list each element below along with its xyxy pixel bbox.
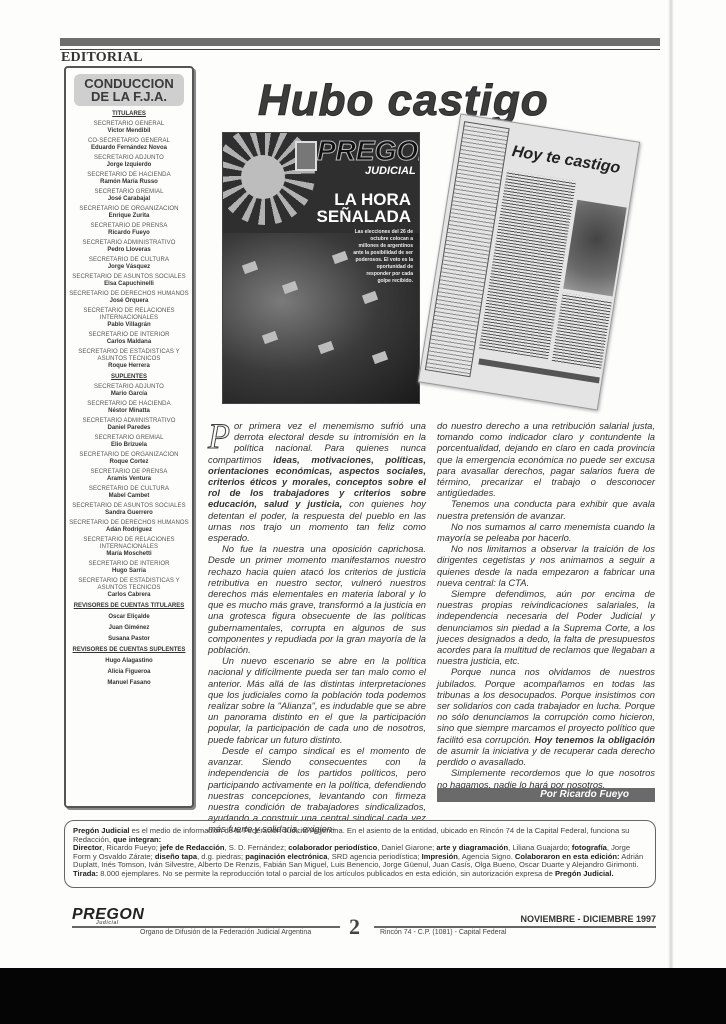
cover-image: PREGON JUDICIAL LA HORA SEÑALADA Las ele… — [222, 132, 420, 404]
roster-name: Ramón María Russo — [66, 179, 192, 186]
leadership-sidebar: CONDUCCION DE LA F.J.A. TITULARESSECRETA… — [64, 66, 194, 808]
roster-role: SECRETARIO ADJUNTO — [66, 155, 192, 162]
roster-role: SECRETARIO DE HACIENDA — [66, 401, 192, 408]
sidebar-roster: TITULARESSECRETARIO GENERALVictor Mendib… — [66, 110, 192, 687]
roster-name: Jorge Izquierdo — [66, 162, 192, 169]
roster-name: Oscar Eliçalde — [66, 614, 192, 621]
article-paragraph: Simplemente recordemos que lo que nosotr… — [437, 767, 655, 789]
roster-name: Mabel Cambet — [66, 493, 192, 500]
roster-name: Alicia Figueroa — [66, 669, 192, 676]
roster-name: José Carabajal — [66, 196, 192, 203]
text-run: No fue la nuestra una oposición capricho… — [208, 543, 426, 655]
roster-name: Elsa Capuchinelli — [66, 281, 192, 288]
roster-name: Jorge Vásquez — [66, 264, 192, 271]
article-paragraph: do nuestro derecho a una retribución sal… — [437, 420, 655, 498]
roster-name: Manuel Fasano — [66, 680, 192, 687]
roster-name: Daniel Paredes — [66, 425, 192, 432]
roster-role: SECRETARIO DE ASUNTOS SOCIALES — [66, 274, 192, 281]
roster-heading: SUPLENTES — [66, 373, 192, 381]
article-paragraph: Siempre defendimos, aún por encima de nu… — [437, 588, 655, 666]
roster-role: SECRETARIO DE INTERIOR — [66, 561, 192, 568]
sun-face-icon — [241, 155, 285, 199]
clipping-text-2 — [552, 293, 612, 370]
sidebar-title: CONDUCCION DE LA F.J.A. — [74, 74, 184, 106]
credits-box: Pregón Judicial es el medio de informaci… — [64, 820, 656, 888]
page-number: 2 — [349, 914, 360, 940]
drop-cap: P — [208, 420, 230, 451]
roster-name: Ricardo Fueyo — [66, 230, 192, 237]
roster-role: SECRETARIO ADMINISTRATIVO — [66, 240, 192, 247]
header-bar — [60, 38, 660, 46]
cover-title: LA HORA SEÑALADA — [317, 191, 411, 225]
article-paragraph: No fue la nuestra una oposición capricho… — [208, 543, 426, 655]
roster-name: María Moschetti — [66, 551, 192, 558]
footer-address: Rincón 74 - C.P. (1081) - Capital Federa… — [380, 929, 506, 936]
roster-role: SECRETARIO DE ESTADISTICAS Y ASUNTOS TEC… — [66, 349, 192, 363]
article-paragraph: Porque nunca nos olvidamos de nuestros j… — [437, 666, 655, 767]
article-column-1: Por primera vez el menemismo sufrió una … — [208, 420, 426, 835]
roster-role: SECRETARIO DE CULTURA — [66, 486, 192, 493]
cover-brand: PREGON — [317, 135, 420, 167]
roster-name: Roque Cortez — [66, 459, 192, 466]
cover-title-line2: SEÑALADA — [317, 208, 411, 225]
headline: Hubo castigo — [258, 76, 549, 126]
footer-rule-right — [374, 926, 656, 928]
roster-role: SECRETARIO DE ASUNTOS SOCIALES — [66, 503, 192, 510]
roster-name: Aramis Ventura — [66, 476, 192, 483]
roster-name: Sandra Guerrero — [66, 510, 192, 517]
roster-name: Carlos Maldana — [66, 339, 192, 346]
roster-name: Pedro Lloveras — [66, 247, 192, 254]
newspaper-page: EDITORIAL CONDUCCION DE LA F.J.A. TITULA… — [0, 0, 726, 968]
bold-text: Tirada: — [73, 869, 98, 878]
roster-name: Roque Herrera — [66, 363, 192, 370]
cover-title-line1: LA HORA — [317, 191, 411, 208]
roster-name: Eduardo Fernández Novoa — [66, 145, 192, 152]
roster-role: SECRETARIO DE DERECHOS HUMANOS — [66, 291, 192, 298]
roster-role: SECRETARIO DE ESTADISTICAS Y ASUNTOS TEC… — [66, 578, 192, 592]
roster-role: SECRETARIO DE DERECHOS HUMANOS — [66, 520, 192, 527]
footer-rule-left — [72, 926, 340, 928]
text-run: do nuestro derecho a una retribución sal… — [437, 420, 655, 498]
roster-role: SECRETARIO ADMINISTRATIVO — [66, 418, 192, 425]
sidebar-title-line2: DE LA F.J.A. — [74, 90, 184, 103]
roster-role: SECRETARIO DE ORGANIZACION — [66, 206, 192, 213]
roster-heading: REVISORES DE CUENTAS TITULARES — [66, 602, 192, 610]
roster-name: Mario García — [66, 391, 192, 398]
roster-name: Hugo Sarria — [66, 568, 192, 575]
page-edge-shadow — [668, 0, 674, 968]
footer-organ-text: Organo de Difusión de la Federación Judi… — [140, 929, 311, 936]
roster-name: Susana Pastor — [66, 636, 192, 643]
roster-role: SECRETARIO DE ORGANIZACION — [66, 452, 192, 459]
article-paragraph: Tenemos una conducta para exhibir que av… — [437, 498, 655, 520]
roster-role: SECRETARIO DE PRENSA — [66, 469, 192, 476]
cover-blurb: Las elecciones del 26 de octubre colocan… — [353, 229, 413, 285]
roster-role: SECRETARIO GREMIAL — [66, 435, 192, 442]
bold-text: Hoy tenemos la obligación — [535, 734, 655, 745]
text-run: No nos sumamos al carro menemista cuando… — [437, 521, 655, 543]
text-run: Un nuevo escenario se abre en la polític… — [208, 655, 426, 744]
roster-name: Enrique Zurita — [66, 213, 192, 220]
roster-role: SECRETARIO GENERAL — [66, 121, 192, 128]
roster-role: CO-SECRETARIO GENERAL — [66, 138, 192, 145]
roster-heading: REVISORES DE CUENTAS SUPLENTES — [66, 646, 192, 654]
roster-name: Juan Giménez — [66, 625, 192, 632]
roster-name: Néstor Minatta — [66, 408, 192, 415]
clipping-photo — [563, 200, 626, 297]
scanner-background — [0, 968, 726, 1024]
roster-role: SECRETARIO DE RELACIONES INTERNACIONALES — [66, 537, 192, 551]
roster-role: SECRETARIO DE CULTURA — [66, 257, 192, 264]
text-run: de asumir la iniciativa y de recuperar c… — [437, 745, 655, 767]
footer-logo: PREGON Judicial — [72, 906, 144, 926]
byline: Por Ricardo Fueyo — [437, 788, 655, 802]
clipping-image: Hoy te castigo — [418, 113, 640, 410]
text-run: Siempre defendimos, aún por encima de nu… — [437, 588, 655, 666]
cover-brand-sub: JUDICIAL — [365, 165, 416, 177]
article-paragraph: Un nuevo escenario se abre en la polític… — [208, 655, 426, 745]
section-label: EDITORIAL — [61, 50, 143, 66]
roster-name: Adán Rodríguez — [66, 527, 192, 534]
text-run: Tenemos una conducta para exhibir que av… — [437, 498, 655, 520]
text-run: 8.000 ejemplares. — [98, 869, 163, 878]
roster-name: Elio Brizuela — [66, 442, 192, 449]
article-column-2: do nuestro derecho a una retribución sal… — [437, 420, 655, 790]
roster-role: SECRETARIO DE PRENSA — [66, 223, 192, 230]
header-rule — [60, 49, 660, 50]
text-run: Simplemente recordemos que lo que nosotr… — [437, 767, 655, 789]
bold-text: Pregón Judicial. — [553, 869, 614, 878]
roster-name: José Orquera — [66, 298, 192, 305]
roster-heading: TITULARES — [66, 110, 192, 118]
scales-logo-icon — [295, 141, 317, 171]
roster-role: SECRETARIO GREMIAL — [66, 189, 192, 196]
text-run: No se permite la reproducción total o pa… — [163, 869, 553, 878]
roster-name: Victor Mendibil — [66, 128, 192, 135]
roster-name: Carlos Cabrera — [66, 592, 192, 599]
roster-role: SECRETARIO DE RELACIONES INTERNACIONALES — [66, 308, 192, 322]
text-run: No nos limitamos a observar la traición … — [437, 543, 655, 588]
roster-role: SECRETARIO DE HACIENDA — [66, 172, 192, 179]
roster-role: SECRETARIO DE INTERIOR — [66, 332, 192, 339]
article-paragraph: No nos limitamos a observar la traición … — [437, 543, 655, 588]
footer-date: NOVIEMBRE - DICIEMBRE 1997 — [520, 914, 656, 924]
roster-name: Pablo Villagrán — [66, 322, 192, 329]
roster-name: Hugo Alagastino — [66, 658, 192, 665]
roster-role: SECRETARIO ADJUNTO — [66, 384, 192, 391]
article-paragraph: Por primera vez el menemismo sufrió una … — [208, 420, 426, 543]
article-paragraph: No nos sumamos al carro menemista cuando… — [437, 521, 655, 543]
